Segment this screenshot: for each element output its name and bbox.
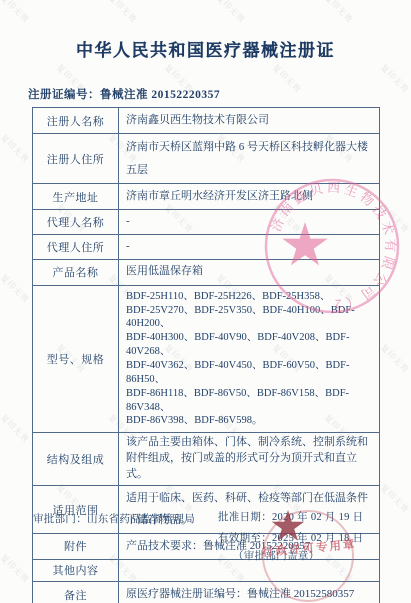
row-label: 结构及组成 <box>33 433 119 486</box>
approval-department-value: 山东省药品监督管理局 <box>87 514 195 525</box>
table-row: 生产地址 济南市章丘明水经济开发区济王路北侧 <box>33 184 380 210</box>
watermark-text: 复印无效 <box>378 482 411 515</box>
row-label: 其他内容 <box>33 559 119 581</box>
approval-date-label: 批准日期： <box>218 512 272 523</box>
row-value: 济南市天桥区蓝翔中路 6 号天桥区科技孵化器大楼五层 <box>119 134 380 184</box>
certificate-title: 中华人民共和国医疗器械注册证 <box>0 36 411 61</box>
watermark-text: 复印无效 <box>378 342 411 375</box>
approval-department-line: 审批部门：山东省药品监督管理局 <box>33 511 195 526</box>
table-row: 结构及组成 该产品主要由箱体、门体、制冷系统、控制系统和附件组成，按门或盖的形式… <box>33 433 380 486</box>
watermark-text: 复印无效 <box>270 62 303 95</box>
row-label: 注册人名称 <box>33 108 119 134</box>
watermark-text: 复印无效 <box>0 132 31 165</box>
row-label: 代理人住所 <box>33 234 119 259</box>
approval-department-label: 审批部门： <box>33 514 87 525</box>
table-row: 代理人名称 - <box>33 210 380 235</box>
watermark-text: 复印无效 <box>378 62 411 95</box>
table-row-models: 型号、规格 BDF-25H110、BDF-25H226、BDF-25H358、 … <box>33 285 380 433</box>
certificate-table: 注册人名称 济南鑫贝西生物技术有限公司 注册人住所 济南市天桥区蓝翔中路 6 号… <box>32 107 380 603</box>
table-row: 其他内容 <box>33 559 380 581</box>
row-value: 原医疗器械注册证编号：鲁械注准 20152580357 <box>119 581 380 603</box>
table-row: 产品名称 医用低温保存箱 <box>33 259 380 285</box>
row-value: 医用低温保存箱 <box>119 259 380 285</box>
row-value: - <box>119 234 380 259</box>
valid-until-label: 有效期至： <box>218 533 272 544</box>
certificate-page: 复印无效复印无效复印无效复印无效复印无效复印无效复印无效复印无效复印无效复印无效… <box>0 0 411 603</box>
row-label: 注册人住所 <box>33 134 119 184</box>
row-value: 该产品主要由箱体、门体、制冷系统、控制系统和附件组成，按门或盖的形式可分为顶开式… <box>119 433 380 486</box>
row-label: 适用范围 <box>33 486 119 534</box>
approval-date-value: 2020 年 02 月 19 日 <box>272 512 363 523</box>
row-label: 产品名称 <box>33 259 119 285</box>
watermark-text: 复印无效 <box>0 412 31 445</box>
row-label: 型号、规格 <box>33 285 119 433</box>
registration-number-line: 注册证编号：鲁械注准 20152220357 <box>28 86 220 102</box>
watermark-text: 复印无效 <box>214 0 247 25</box>
table-row: 备注 原医疗器械注册证编号：鲁械注准 20152580357 <box>33 581 380 603</box>
approval-date-line: 批准日期：2020 年 02 月 19 日 <box>218 509 363 524</box>
row-label: 生产地址 <box>33 184 119 210</box>
watermark-text: 复印无效 <box>0 0 31 25</box>
table-row: 注册人住所 济南市天桥区蓝翔中路 6 号天桥区科技孵化器大楼五层 <box>33 134 380 184</box>
watermark-text: 复印无效 <box>322 0 355 25</box>
row-value: - <box>119 210 380 235</box>
table-row: 代理人住所 - <box>33 234 380 259</box>
row-value: 济南鑫贝西生物技术有限公司 <box>119 108 380 134</box>
registration-number-label: 注册证编号： <box>28 89 100 101</box>
registration-number-value: 鲁械注准 20152220357 <box>100 89 220 101</box>
watermark-text: 复印无效 <box>378 202 411 235</box>
watermark-text: 复印无效 <box>0 272 31 305</box>
row-label: 代理人名称 <box>33 210 119 235</box>
watermark-text: 复印无效 <box>106 0 139 25</box>
watermark-text: 复印无效 <box>0 552 31 585</box>
table-row: 注册人名称 济南鑫贝西生物技术有限公司 <box>33 108 380 134</box>
row-label: 备注 <box>33 581 119 603</box>
row-value: BDF-25H110、BDF-25H226、BDF-25H358、 BDF-25… <box>119 285 380 433</box>
row-value: 济南市章丘明水经济开发区济王路北侧 <box>119 184 380 210</box>
row-label: 附件 <box>33 533 119 559</box>
